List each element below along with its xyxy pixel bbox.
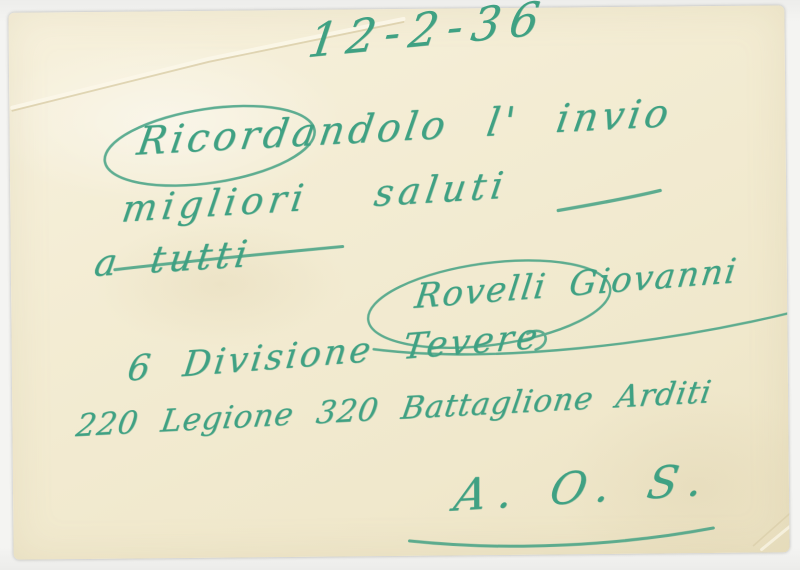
scan-background: 12-2-36 Ricordandolo l' invio migliori s… xyxy=(0,0,800,570)
t-cross-stroke-saluti xyxy=(558,190,660,210)
initials-underline xyxy=(409,528,713,547)
crease-bottom-right-highlight xyxy=(761,517,789,549)
crease-bottom-right xyxy=(753,505,789,545)
postcard: 12-2-36 Ricordandolo l' invio migliori s… xyxy=(8,5,789,559)
